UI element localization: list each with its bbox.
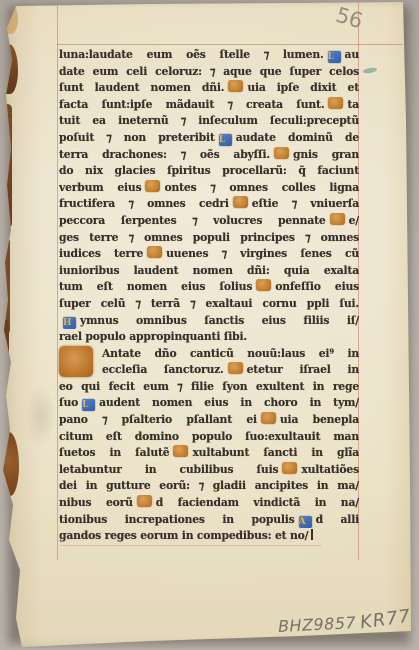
manuscript-line-28: nibus eorũd faciendam vindictã in na/ [59,495,359,512]
manuscript-text: ſuo [59,396,78,409]
ink-mark [363,67,378,74]
manuscript-text: peccora ſerpentes ⁊ volucres pennate [59,214,326,227]
manuscript-text: do nix glacies ſpiritus procellarũ: q̃ f… [59,164,359,177]
manuscript-line-23: pano ⁊ pſalterio pſallant eiuia benepla [59,412,359,429]
manuscript-text: rael populo appropinquanti ſibi. [59,330,247,343]
manuscript-text: ymnus omnibus ſanctis eius filiis iſ/ [80,314,359,327]
manuscript-line-16: ſuper celũ ⁊ terrã ⁊ exaltaui cornu ppli… [59,296,359,313]
manuscript-text: dei in gutture eorũ: ⁊ gladii ancipites … [59,479,359,492]
manuscript-text: onfeſſio eius [275,280,359,293]
blue-illuminated-initial-icon: L [82,399,95,411]
manuscript-text: ontes ⁊ omnes colles ligna [164,181,359,194]
folio-number: 56 [333,3,365,33]
manuscript-line-19: Antate dño canticũ nouũ:laus ei⁹ in [59,346,359,363]
pencil-smudge [26,385,56,447]
manuscript-line-24: citum eſt domino populo ſuo:exultauit ma… [59,429,359,446]
manuscript-line-21: eo qui fecit eum ⁊ filie ſyon exultent i… [59,379,359,396]
manuscript-text: poſuit ⁊ non preteribit [59,131,215,144]
manuscript-text: luna:laudate eum oẽs ſtelle ⁊ lumen. [59,48,324,61]
manuscript-text: terra drachones: ⁊ oẽs abyſſi. [59,148,270,161]
manuscript-line-18: rael populo appropinquanti ſibi. [59,329,359,346]
manuscript-text: gandos reges eorum in compedibus: et no/ [59,529,308,542]
gold-illuminated-initial-icon [274,147,289,159]
manuscript-text: fructifera ⁊ omnes cedri [59,197,229,210]
large-illuminated-initial [59,346,93,377]
manuscript-text: uuenes ⁊ virgines ſenes cũ [166,247,359,260]
manuscript-line-15: tum eſt nomen eius ſoliusonfeſſio eius [59,279,359,296]
manuscript-text: gnis gran [293,148,359,161]
manuscript-line-2: date eum celi celoruz: ⁊ aque que ſuper … [59,64,359,81]
manuscript-line-26: letabuntur in cubilibus ſuisxultatiões [59,462,359,479]
manuscript-text: verbum eius [59,181,141,194]
gold-illuminated-initial-icon [137,495,152,507]
manuscript-text: facta ſunt:ipſe mãdauit ⁊ creata ſunt. [59,98,324,111]
manuscript-text: letabuntur in cubilibus ſuis [59,463,278,476]
manuscript-text: etetur iſrael in [247,363,359,376]
binding-residue-stain [0,432,19,496]
manuscript-line-1: luna:laudate eum oẽs ſtelle ⁊ lumen.Lau [59,47,359,64]
blue-illuminated-initial-icon: L [328,51,341,63]
manuscript-line-11: peccora ſerpentes ⁊ volucres pennatee/ [59,213,359,230]
manuscript-line-25: ſuetos in ſalutẽxultabunt ſancti in glĩa [59,445,359,462]
manuscript-line-17: Hymnus omnibus ſanctis eius filiis iſ/ [59,313,359,330]
manuscript-line-20: eccleſia ſanctoruz.etetur iſrael in [59,362,359,379]
manuscript-text: nibus eorũ [59,496,133,509]
manuscript-text: ſuetos in ſalutẽ [59,446,169,459]
manuscript-text: e/ [349,214,359,227]
manuscript-leaf: 56 luna:laudate eum oẽs ſtelle ⁊ lumen.L… [0,0,419,650]
gold-illuminated-initial-icon [330,213,345,225]
manuscript-text: Antate dño canticũ nouũ:laus ei⁹ in [102,347,359,360]
manuscript-text: ſunt laudent nomen dñi. [59,81,224,94]
manuscript-text: audent nomen eius in choro in tym/ [99,396,359,409]
blue-illuminated-initial-icon: L [219,134,232,146]
manuscript-text: au [345,48,359,61]
manuscript-line-12: ges terre ⁊ omnes populi principes ⁊ omn… [59,230,359,247]
manuscript-text: iudices terre [59,247,143,260]
manuscript-line-5: tuit ea ineternũ ⁊ inſeculum ſeculi:prec… [59,113,359,130]
manuscript-text: eccleſia ſanctoruz. [102,363,224,376]
text-block: luna:laudate eum oẽs ſtelle ⁊ lumen.Laud… [59,47,359,547]
gold-illuminated-initial-icon [328,97,343,109]
manuscript-line-13: iudices terreuuenes ⁊ virgines ſenes cũ [59,246,359,263]
manuscript-line-9: verbum eiusontes ⁊ omnes colles ligna [59,180,359,197]
manuscript-line-30: gandos reges eorum in compedibus: et no/ [59,528,359,545]
manuscript-text: eſtie ⁊ vniuerſa [252,197,359,210]
manuscript-line-22: ſuoLaudent nomen eius in choro in tym/ [59,395,359,412]
gold-illuminated-initial-icon [228,80,243,92]
manuscript-text: tuit ea ineternũ ⁊ inſeculum ſeculi:prec… [59,114,359,127]
manuscript-line-7: terra drachones: ⁊ oẽs abyſſi.gnis gran [59,147,359,164]
blue-illuminated-initial-icon: H [63,317,76,329]
line-filler-stroke [311,529,313,540]
manuscript-text: ta [347,98,359,111]
shelfmark-1: BHZ9857 [278,613,357,636]
gold-illuminated-initial-icon [282,462,297,474]
manuscript-text: date eum celi celoruz: ⁊ aque que ſuper … [59,65,359,78]
manuscript-line-27: dei in gutture eorũ: ⁊ gladii ancipites … [59,478,359,495]
manuscript-text: pano ⁊ pſalterio pſallant ei [59,413,257,426]
blue-illuminated-initial-icon: A [299,516,312,528]
ruling-line-top [57,44,403,45]
gold-illuminated-initial-icon [261,412,276,424]
manuscript-text: uia benepla [280,413,359,426]
manuscript-line-29: tionibus increpationes in populisAd alli [59,512,359,529]
shelfmark-2: KR77 [359,606,413,634]
scan-background: 56 luna:laudate eum oẽs ſtelle ⁊ lumen.L… [0,0,419,650]
manuscript-text: uia ipſe dixit et [247,81,359,94]
manuscript-text: iunioribus laudent nomen dñi: quia exalt… [59,264,359,277]
manuscript-text: xultatiões [301,463,359,476]
gold-illuminated-initial-icon [256,279,271,291]
manuscript-text: xultabunt ſancti in glĩa [192,446,359,459]
gold-illuminated-initial-icon [228,362,243,374]
manuscript-text: citum eſt domino populo ſuo:exultauit ma… [59,430,359,443]
ruling-line-left [57,3,58,560]
manuscript-text: d alli [316,513,359,526]
manuscript-line-10: fructifera ⁊ omnes cedrieſtie ⁊ vniuerſa [59,196,359,213]
manuscript-line-4: facta ſunt:ipſe mãdauit ⁊ creata ſunt.ta [59,97,359,114]
manuscript-line-6: poſuit ⁊ non preteribitLaudate dominũ de [59,130,359,147]
gold-illuminated-initial-icon [145,180,160,192]
manuscript-line-8: do nix glacies ſpiritus procellarũ: q̃ f… [59,163,359,180]
manuscript-text: d faciendam vindictã in na/ [156,496,359,509]
gold-illuminated-initial-icon [233,196,248,208]
manuscript-line-14: iunioribus laudent nomen dñi: quia exalt… [59,263,359,280]
gold-illuminated-initial-icon [173,445,188,457]
manuscript-text: audate dominũ de [236,131,359,144]
manuscript-text: ges terre ⁊ omnes populi principes ⁊ omn… [59,231,359,244]
manuscript-text: tionibus increpationes in populis [59,513,295,526]
manuscript-text: ſuper celũ ⁊ terrã ⁊ exaltaui cornu ppli… [59,297,359,310]
manuscript-line-3: ſunt laudent nomen dñi.uia ipſe dixit et [59,80,359,97]
gold-illuminated-initial-icon [147,246,162,258]
manuscript-text: tum eſt nomen eius ſolius [59,280,252,293]
manuscript-text: eo qui fecit eum ⁊ filie ſyon exultent i… [59,380,359,393]
